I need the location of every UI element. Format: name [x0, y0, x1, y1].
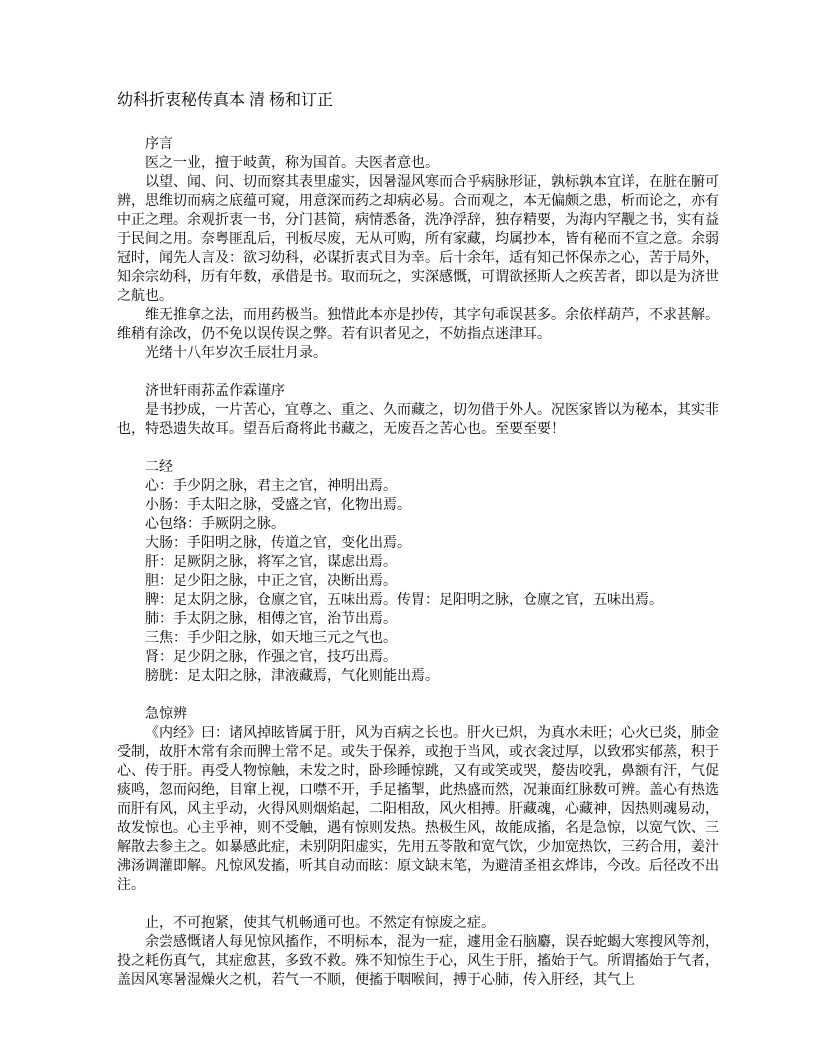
document-title: 幼科折衷秘传真本 清 杨和订正: [117, 90, 719, 111]
section-continuation: 止，不可抱紧，使其气机畅通可也。不然定有惊废之症。 余尝感慨诸人每见惊风搐作，不…: [117, 914, 719, 990]
section-heading-preface: 序言: [117, 135, 719, 154]
meridian-line-spleen-stomach: 脾：足太阴之脉，仓廪之官，五味出焉。传胃：足阳明之脉，仓廪之官，五味出焉。: [117, 591, 719, 610]
meridian-line-gallbladder: 胆：足少阳之脉，中正之官，决断出焉。: [117, 572, 719, 591]
section-preface: 序言 医之一业，擅于岐黄，称为国首。夫医者意也。 以望、闻、问、切而察其表里虚实…: [117, 135, 719, 363]
meridian-line-kidney: 肾：足少阴之脉，作强之官，技巧出焉。: [117, 648, 719, 667]
meridian-line-lung: 肺：手太阴之脉，相傅之官，治节出焉。: [117, 610, 719, 629]
paragraph: 医之一业，擅于岐黄，称为国首。夫医者意也。: [117, 154, 719, 173]
document-page: 幼科折衷秘传真本 清 杨和订正 序言 医之一业，擅于岐黄，称为国首。夫医者意也。…: [0, 0, 816, 1056]
meridian-line-heart: 心：手少阴之脉，君主之官，神明出焉。: [117, 477, 719, 496]
section-heading-meridians: 二经: [117, 458, 719, 477]
section-meridians: 二经 心：手少阴之脉，君主之官，神明出焉。 小肠：手太阳之脉，受盛之官，化物出焉…: [117, 458, 719, 686]
section-heading-scribe-note: 济世轩雨荪孟作霖谨序: [117, 382, 719, 401]
paragraph: 《内经》曰：诸风掉眩皆属于肝，风为百病之长也。肝火已炽，为真水未旺；心火已炎，肺…: [117, 724, 719, 895]
meridian-line-triple-burner: 三焦：手少阳之脉，如天地三元之气也。: [117, 629, 719, 648]
paragraph: 是书抄成，一片苦心，宜尊之、重之、久而藏之，切勿借于外人。况医家皆以为秘本，其实…: [117, 401, 719, 439]
paragraph: 止，不可抱紧，使其气机畅通可也。不然定有惊废之症。: [117, 914, 719, 933]
meridian-line-pericardium: 心包络：手厥阴之脉。: [117, 515, 719, 534]
meridian-line-bladder: 膀胱：足太阳之脉，津液藏焉，气化则能出焉。: [117, 667, 719, 686]
section-acute-fright: 急惊辨 《内经》曰：诸风掉眩皆属于肝，风为百病之长也。肝火已炽，为真水未旺；心火…: [117, 705, 719, 895]
paragraph: 余尝感慨诸人每见惊风搐作，不明标本，混为一症，遽用金石脑麝，误吞蛇蝎大寒搜风等剂…: [117, 933, 719, 990]
paragraph: 维无推拿之法，而用药极当。独惜此本亦是抄传，其字句乖误甚多。余依样葫芦，不求甚解…: [117, 306, 719, 344]
paragraph-date-line: 光绪十八年岁次壬辰壮月录。: [117, 344, 719, 363]
meridian-line-large-intestine: 大肠：手阳明之脉，传道之官，变化出焉。: [117, 534, 719, 553]
paragraph: 以望、闻、问、切而察其表里虚实，因暑湿风寒而合乎病脉形证，孰标孰本宜详，在脏在腑…: [117, 173, 719, 306]
meridian-line-small-intestine: 小肠：手太阳之脉，受盛之官，化物出焉。: [117, 496, 719, 515]
meridian-line-liver: 肝：足厥阴之脉，将军之官，谋虑出焉。: [117, 553, 719, 572]
document-content: 幼科折衷秘传真本 清 杨和订正 序言 医之一业，擅于岐黄，称为国首。夫医者意也。…: [117, 90, 719, 990]
section-scribe-note: 济世轩雨荪孟作霖谨序 是书抄成，一片苦心，宜尊之、重之、久而藏之，切勿借于外人。…: [117, 382, 719, 439]
section-heading-acute-fright: 急惊辨: [117, 705, 719, 724]
